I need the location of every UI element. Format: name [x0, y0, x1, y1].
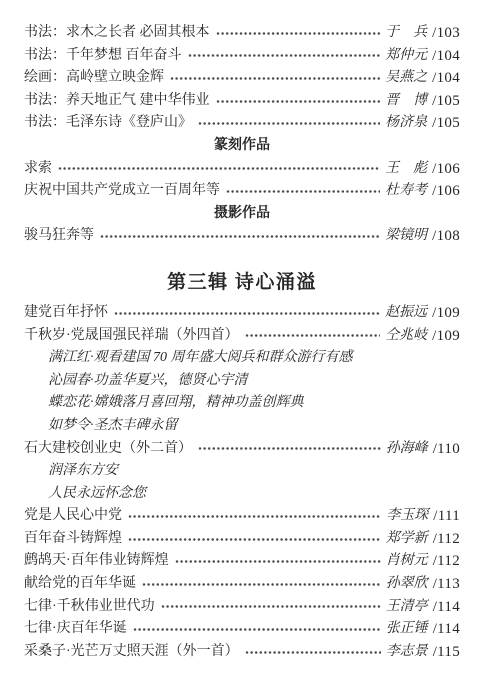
entry-author: 孙海峰: [386, 438, 428, 461]
entry-author: 李玉琛: [386, 505, 428, 528]
section-heading-label: 摄影作品: [214, 203, 270, 226]
subentry-title: 蝶恋花·嫦娥落月喜回翔，精神功盖创辉典: [48, 392, 304, 415]
dot-leader: [175, 558, 381, 565]
entry-page-number: /103: [432, 22, 460, 45]
toc-subentry: 满江红·观看建国 70 周年盛大阅兵和群众游行有感: [24, 347, 460, 370]
dot-leader: [226, 188, 380, 195]
entry-page-number: /112: [433, 550, 460, 573]
toc-entry: 求索 王 彪 /106: [24, 158, 460, 181]
entry-author: 于 兵: [385, 22, 427, 45]
section-heading: 篆刻作品: [24, 135, 460, 158]
entry-page-number: /105: [432, 90, 460, 113]
entry-author: 晋 博: [385, 90, 427, 113]
dot-leader: [161, 603, 381, 610]
entry-title: 七律·庆百年华诞: [24, 618, 127, 641]
dot-leader: [128, 536, 381, 543]
volume-title-label: 第三辑 诗心涌溢: [167, 268, 317, 298]
section-heading-label: 篆刻作品: [214, 135, 270, 158]
toc-entry: 庆祝中国共产党成立一百周年等 杜寿考 /106: [24, 180, 460, 203]
toc-entry: 建党百年抒怀 赵振远 /109: [24, 302, 460, 325]
toc-entry: 七律·千秋伟业世代功 王清亭 /114: [24, 596, 460, 619]
entry-author: 郑仲元: [385, 45, 427, 68]
entry-title: 采桑子·光芒万丈照天涯（外一首）: [24, 641, 239, 664]
entry-title: 庆祝中国共产党成立一百周年等: [24, 180, 220, 203]
entry-title: 七律·千秋伟业世代功: [24, 596, 155, 619]
subentry-title: 如梦令·圣杰丰碑永留: [48, 415, 178, 438]
toc-entry: 书法：千年梦想 百年奋斗 郑仲元 /104: [24, 45, 460, 68]
entry-author: 李志景: [386, 641, 428, 664]
entry-title: 献给党的百年华诞: [24, 573, 136, 596]
entry-title: 党是人民心中党: [24, 505, 122, 528]
toc-entry: 书法：养天地正气 建中华伟业 晋 博 /105: [24, 90, 460, 113]
toc-entry: 千秋岁·党晟国强民祥瑞（外四首） 仝兆岐 /109: [24, 325, 460, 348]
entry-author: 梁镜明: [385, 225, 427, 248]
entry-title: 书法：毛泽东诗《登庐山》: [24, 112, 192, 135]
toc-entry: 绘画：高岭壁立映金辉 吴燕之 /104: [24, 67, 460, 90]
entry-page-number: /104: [432, 67, 460, 90]
dot-leader: [128, 513, 381, 520]
entry-page-number: /112: [433, 528, 460, 551]
entry-author: 杨济泉: [385, 112, 427, 135]
subentry-title: 满江红·观看建国 70 周年盛大阅兵和群众游行有感: [48, 347, 353, 370]
entry-page-number: /110: [433, 438, 460, 461]
toc-subentry: 如梦令·圣杰丰碑永留: [24, 415, 460, 438]
dot-leader: [133, 626, 381, 633]
entry-page-number: /104: [432, 45, 460, 68]
entry-author: 王 彪: [385, 158, 427, 181]
toc-subentry: 润泽东方安: [24, 460, 460, 483]
dot-leader: [142, 581, 381, 588]
entry-author: 张正锤: [386, 618, 428, 641]
entry-title: 书法：求木之长者 必固其根本: [24, 22, 210, 45]
entry-page-number: /115: [433, 641, 460, 664]
subentry-title: 人民永远怀念您: [48, 483, 146, 506]
toc-subentry: 人民永远怀念您: [24, 483, 460, 506]
volume-title: 第三辑 诗心涌溢: [24, 268, 460, 298]
toc-entry: 书法：毛泽东诗《登庐山》 杨济泉 /105: [24, 112, 460, 135]
entry-title: 百年奋斗铸辉煌: [24, 528, 122, 551]
entry-title: 绘画：高岭壁立映金辉: [24, 67, 164, 90]
toc-entry: 采桑子·光芒万丈照天涯（外一首） 李志景 /115: [24, 641, 460, 664]
toc-entry: 骏马狂奔等 梁镜明 /108: [24, 225, 460, 248]
entry-page-number: /114: [433, 618, 460, 641]
entry-title: 鹧鸪天·百年伟业铸辉煌: [24, 550, 169, 573]
entry-page-number: /113: [433, 573, 460, 596]
dot-leader: [114, 310, 380, 317]
entry-title: 求索: [24, 158, 52, 181]
entry-page-number: /105: [432, 112, 460, 135]
dot-leader: [188, 52, 381, 59]
entry-author: 肖树元: [386, 550, 428, 573]
dot-leader: [198, 445, 381, 452]
dot-leader: [170, 75, 380, 82]
entry-page-number: /106: [432, 158, 460, 181]
entry-author: 吴燕之: [385, 67, 427, 90]
entry-author: 赵振远: [385, 302, 427, 325]
dot-leader: [245, 332, 380, 339]
entry-page-number: /109: [432, 302, 460, 325]
entry-author: 郑学新: [386, 528, 428, 551]
toc-entry: 百年奋斗铸辉煌 郑学新 /112: [24, 528, 460, 551]
entry-title: 书法：千年梦想 百年奋斗: [24, 45, 182, 68]
entry-title: 书法：养天地正气 建中华伟业: [24, 90, 210, 113]
toc-entry: 书法：求木之长者 必固其根本 于 兵 /103: [24, 22, 460, 45]
entry-author: 仝兆岐: [385, 325, 427, 348]
entry-author: 孙翠欣: [386, 573, 428, 596]
entry-page-number: /106: [432, 180, 460, 203]
entry-page-number: /111: [433, 505, 460, 528]
entry-page-number: /114: [433, 596, 460, 619]
subentry-title: 沁园春·功盖华夏兴，德贤心宇清: [48, 370, 248, 393]
entry-page-number: /108: [432, 225, 460, 248]
dot-leader: [216, 30, 381, 37]
dot-leader: [100, 233, 380, 240]
dot-leader: [198, 120, 380, 127]
toc-entry: 鹧鸪天·百年伟业铸辉煌 肖树元 /112: [24, 550, 460, 573]
toc-entry: 七律·庆百年华诞 张正锤 /114: [24, 618, 460, 641]
entry-page-number: /109: [432, 325, 460, 348]
entry-title: 骏马狂奔等: [24, 225, 94, 248]
entry-author: 王清亭: [386, 596, 428, 619]
entry-title: 建党百年抒怀: [24, 302, 108, 325]
entry-title: 石大建校创业史（外二首）: [24, 438, 192, 461]
toc-entry: 献给党的百年华诞 孙翠欣 /113: [24, 573, 460, 596]
toc-entry: 党是人民心中党 李玉琛 /111: [24, 505, 460, 528]
section-heading: 摄影作品: [24, 203, 460, 226]
dot-leader: [216, 98, 381, 105]
toc-page: 书法：求木之长者 必固其根本 于 兵 /103 书法：千年梦想 百年奋斗 郑仲元…: [0, 0, 485, 692]
toc-entry: 石大建校创业史（外二首） 孙海峰 /110: [24, 438, 460, 461]
toc-subentry: 沁园春·功盖华夏兴，德贤心宇清: [24, 370, 460, 393]
entry-author: 杜寿考: [385, 180, 427, 203]
dot-leader: [58, 165, 380, 172]
dot-leader: [245, 649, 381, 656]
entry-title: 千秋岁·党晟国强民祥瑞（外四首）: [24, 325, 239, 348]
subentry-title: 润泽东方安: [48, 460, 118, 483]
toc-subentry: 蝶恋花·嫦娥落月喜回翔，精神功盖创辉典: [24, 392, 460, 415]
